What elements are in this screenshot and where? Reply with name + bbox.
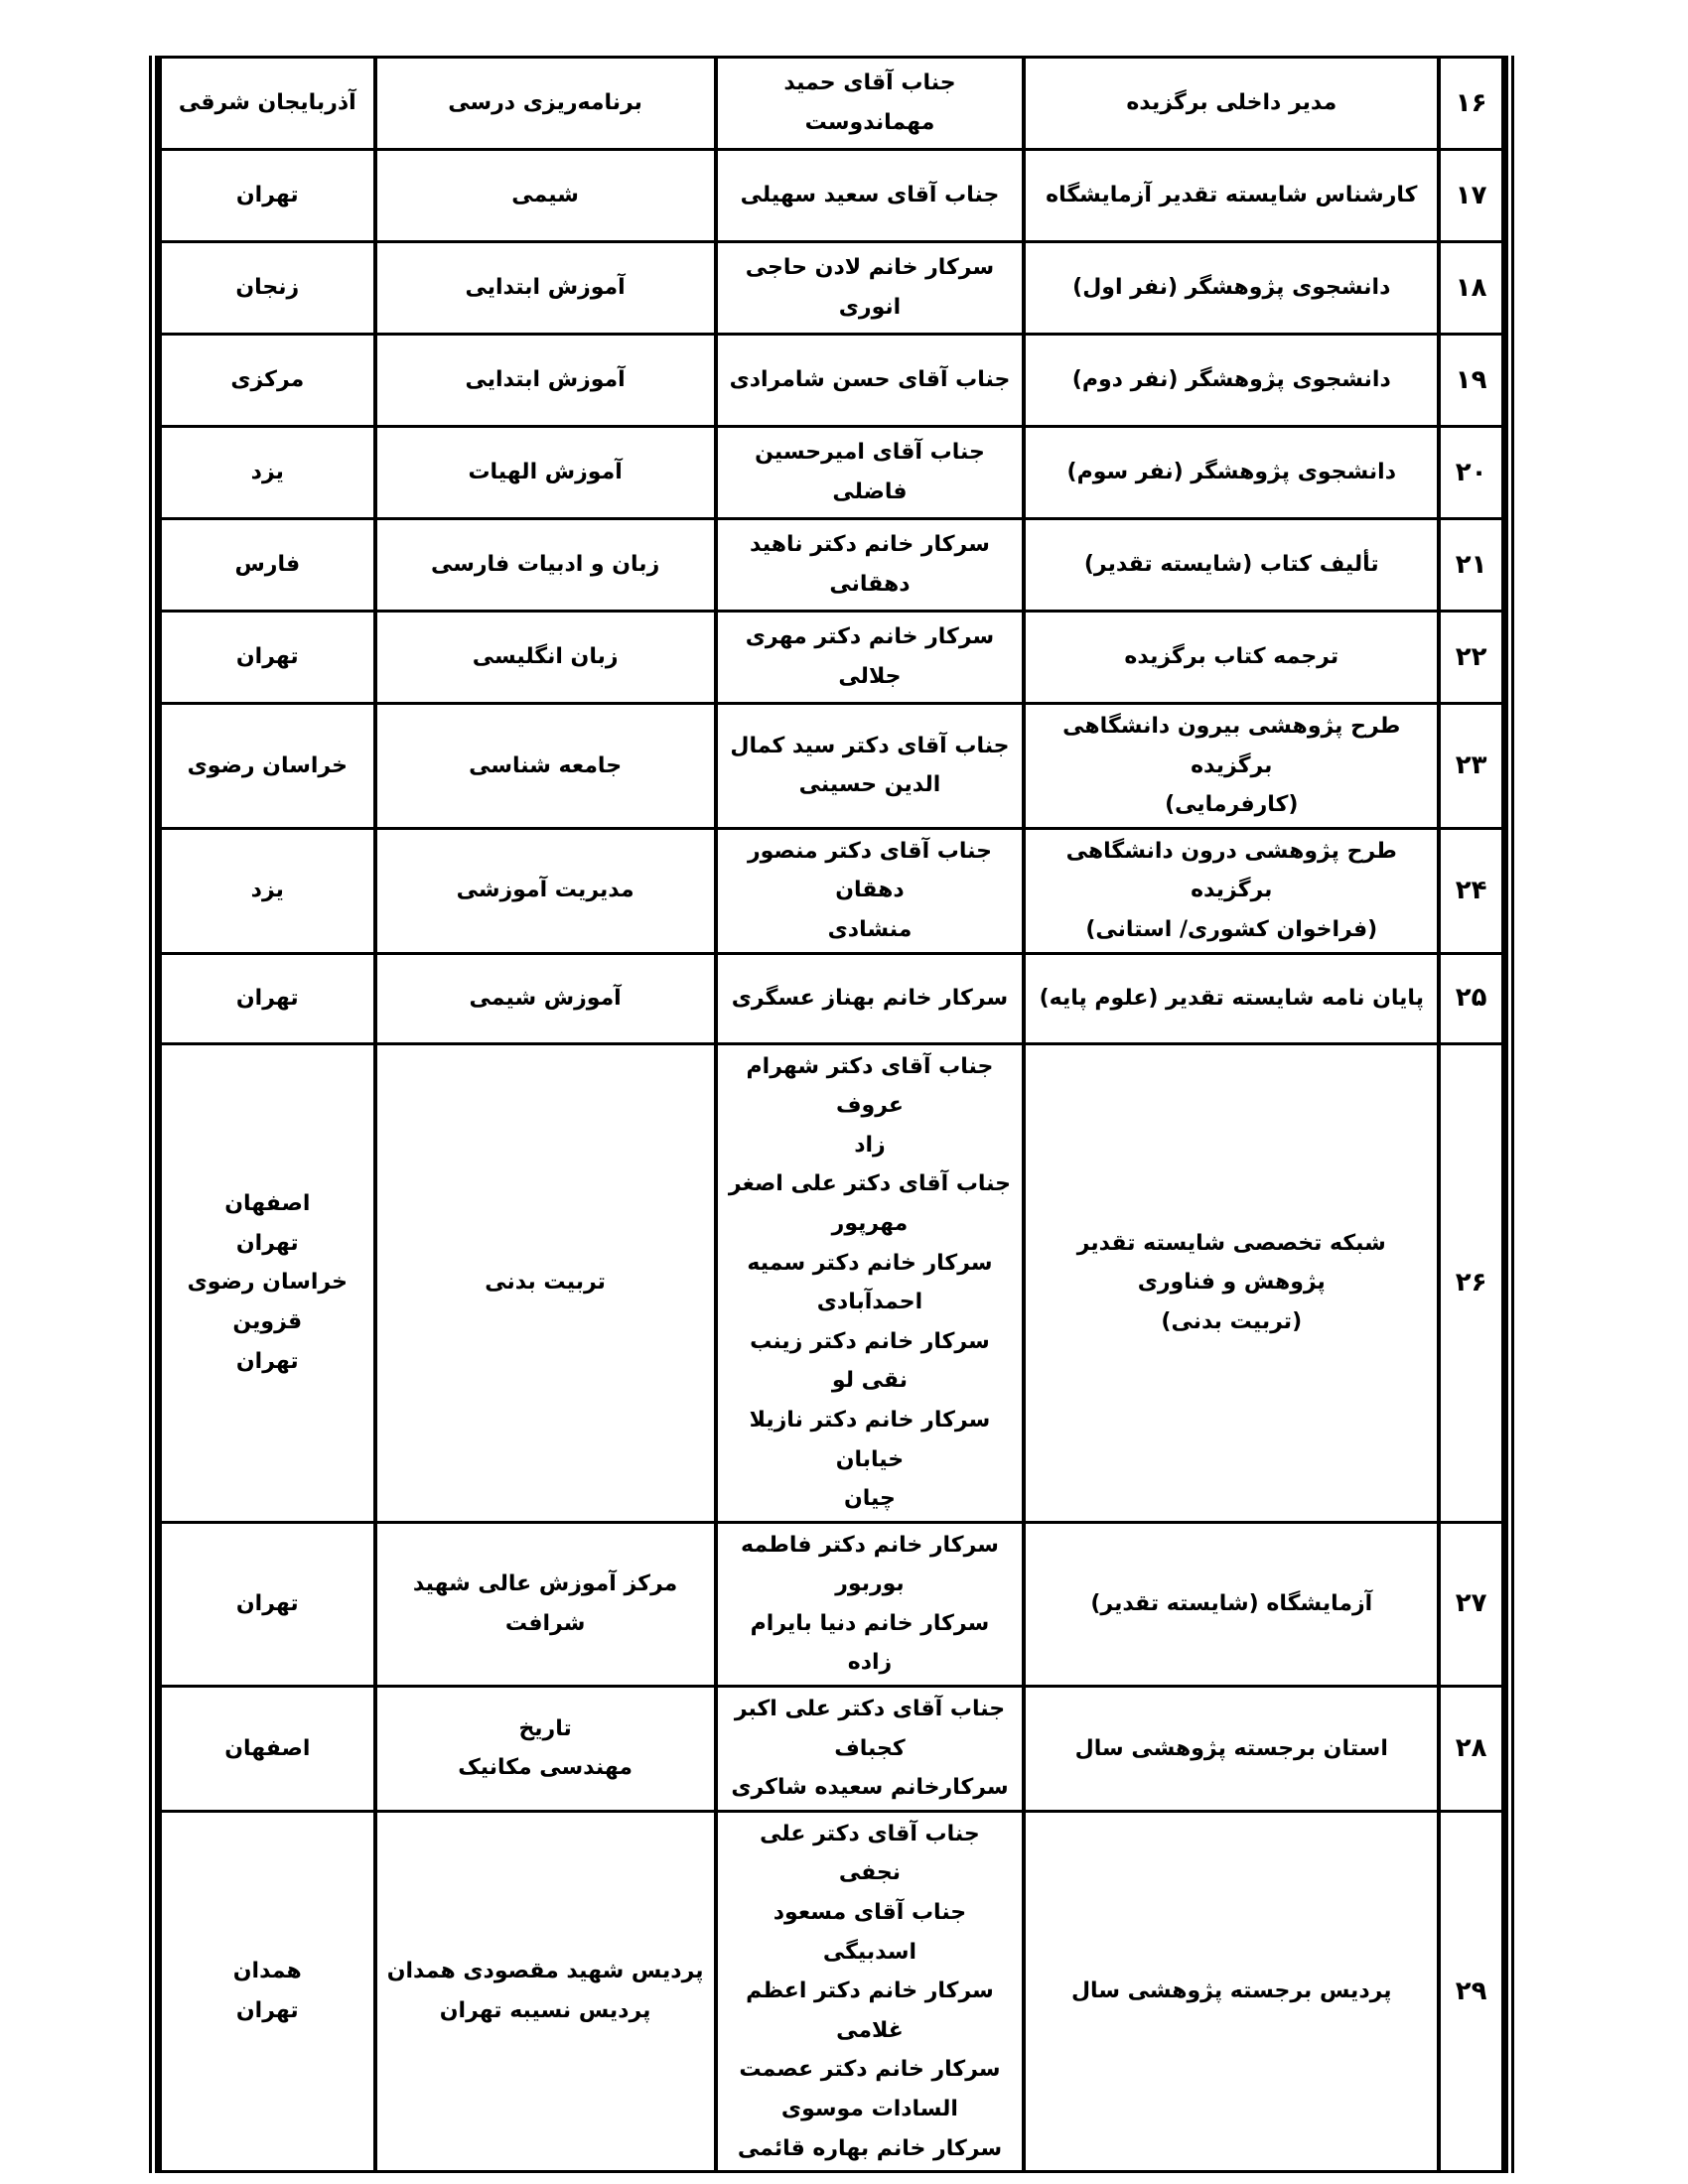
field: برنامه‌ریزی درسی [375, 58, 716, 150]
province: تهران [160, 1522, 375, 1686]
table-row: ۲۷ آزمایشگاه (شایسته تقدیر) سرکار خانم د… [160, 1522, 1503, 1686]
recipient-name: سرکار خانم دکتر مهری جلالی [716, 612, 1025, 704]
recipient-name: جناب آقای حسن شامرادی [716, 335, 1025, 427]
recipient-name: سرکار خانم دکتر فاطمه بوربور سرکار خانم … [716, 1522, 1025, 1686]
award-title: ترجمه کتاب برگزیده [1024, 612, 1439, 704]
award-title: دانشجوی پژوهشگر (نفر دوم) [1024, 335, 1439, 427]
row-number: ۲۱ [1439, 519, 1503, 612]
province: اصفهان [160, 1687, 375, 1812]
row-number: ۱۹ [1439, 335, 1503, 427]
row-number: ۲۵ [1439, 953, 1503, 1043]
table-row: ۲۳ طرح پژوهشی بیرون دانشگاهی برگزیده (کا… [160, 704, 1503, 829]
field: آموزش ابتدایی [375, 335, 716, 427]
award-title: آزمایشگاه (شایسته تقدیر) [1024, 1522, 1439, 1686]
awards-table: ۱۶ مدیر داخلی برگزیده جناب آقای حمید مهم… [158, 56, 1505, 2173]
table-row: ۲۸ استان برجسته پژوهشی سال جناب آقای دکت… [160, 1687, 1503, 1812]
award-title: دانشجوی پژوهشگر (نفر سوم) [1024, 427, 1439, 519]
province: خراسان رضوی [160, 704, 375, 829]
awards-table-wrapper: ۱۶ مدیر داخلی برگزیده جناب آقای حمید مهم… [149, 56, 1514, 2173]
row-number: ۲۷ [1439, 1522, 1503, 1686]
award-title: مدیر داخلی برگزیده [1024, 58, 1439, 150]
row-number: ۲۸ [1439, 1687, 1503, 1812]
row-number: ۲۴ [1439, 828, 1503, 953]
field: زبان و ادبیات فارسی [375, 519, 716, 612]
row-number: ۱۷ [1439, 150, 1503, 242]
table-row: ۲۴ طرح پژوهشی درون دانشگاهی برگزیده (فرا… [160, 828, 1503, 953]
recipient-name: جناب آقای امیرحسین فاضلی [716, 427, 1025, 519]
province: فارس [160, 519, 375, 612]
table-row: ۲۲ ترجمه کتاب برگزیده سرکار خانم دکتر مه… [160, 612, 1503, 704]
province: تهران [160, 953, 375, 1043]
field: جامعه شناسی [375, 704, 716, 829]
recipient-name: جناب آقای دکتر سید کمال الدین حسینی [716, 704, 1025, 829]
award-title: پایان نامه شایسته تقدیر (علوم پایه) [1024, 953, 1439, 1043]
table-row: ۲۹ پردیس برجسته پژوهشی سال جناب آقای دکت… [160, 1811, 1503, 2171]
row-number: ۱۸ [1439, 242, 1503, 335]
award-title: پردیس برجسته پژوهشی سال [1024, 1811, 1439, 2171]
row-number: ۲۳ [1439, 704, 1503, 829]
table-row: ۲۰ دانشجوی پژوهشگر (نفر سوم) جناب آقای ا… [160, 427, 1503, 519]
recipient-name: جناب آقای دکتر شهرام عروف زاد جناب آقای … [716, 1043, 1025, 1522]
award-title: طرح پژوهشی بیرون دانشگاهی برگزیده (کارفر… [1024, 704, 1439, 829]
province: اصفهان تهران خراسان رضوی قزوین تهران [160, 1043, 375, 1522]
province: آذربایجان شرقی [160, 58, 375, 150]
recipient-name: جناب آقای دکتر علی اکبر کجباف سرکارخانم … [716, 1687, 1025, 1812]
province: تهران [160, 150, 375, 242]
row-number: ۲۰ [1439, 427, 1503, 519]
table-row: ۲۵ پایان نامه شایسته تقدیر (علوم پایه) س… [160, 953, 1503, 1043]
field: مرکز آموزش عالی شهید شرافت [375, 1522, 716, 1686]
field: زبان انگلیسی [375, 612, 716, 704]
document-page: ۱۶ مدیر داخلی برگزیده جناب آقای حمید مهم… [0, 0, 1688, 2184]
row-number: ۲۹ [1439, 1811, 1503, 2171]
recipient-name: سرکار خانم بهناز عسگری [716, 953, 1025, 1043]
field: تاریخ مهندسی مکانیک [375, 1687, 716, 1812]
award-title: شبکه تخصصی شایسته تقدیر پژوهش و فناوری (… [1024, 1043, 1439, 1522]
recipient-name: جناب آقای دکتر منصور دهقان منشادی [716, 828, 1025, 953]
award-title: استان برجسته پژوهشی سال [1024, 1687, 1439, 1812]
field: شیمی [375, 150, 716, 242]
province: همدان تهران [160, 1811, 375, 2171]
recipient-name: جناب آقای حمید مهماندوست [716, 58, 1025, 150]
recipient-name: سرکار خانم دکتر ناهید دهقانی [716, 519, 1025, 612]
province: زنجان [160, 242, 375, 335]
province: مرکزی [160, 335, 375, 427]
table-row: ۱۶ مدیر داخلی برگزیده جناب آقای حمید مهم… [160, 58, 1503, 150]
row-number: ۱۶ [1439, 58, 1503, 150]
province: یزد [160, 828, 375, 953]
award-title: طرح پژوهشی درون دانشگاهی برگزیده (فراخوا… [1024, 828, 1439, 953]
field: تربیت بدنی [375, 1043, 716, 1522]
table-row: ۲۶ شبکه تخصصی شایسته تقدیر پژوهش و فناور… [160, 1043, 1503, 1522]
table-row: ۱۷ کارشناس شایسته تقدیر آزمایشگاه جناب آ… [160, 150, 1503, 242]
province: یزد [160, 427, 375, 519]
recipient-name: جناب آقای دکتر علی نجفی جناب آقای مسعود … [716, 1811, 1025, 2171]
field: مدیریت آموزشی [375, 828, 716, 953]
province: تهران [160, 612, 375, 704]
table-row: ۱۸ دانشجوی پژوهشگر (نفر اول) سرکار خانم … [160, 242, 1503, 335]
table-row: ۱۹ دانشجوی پژوهشگر (نفر دوم) جناب آقای ح… [160, 335, 1503, 427]
field: آموزش شیمی [375, 953, 716, 1043]
recipient-name: سرکار خانم لادن حاجی انوری [716, 242, 1025, 335]
field: پردیس شهید مقصودی همدان پردیس نسیبه تهرا… [375, 1811, 716, 2171]
award-title: کارشناس شایسته تقدیر آزمایشگاه [1024, 150, 1439, 242]
award-title: دانشجوی پژوهشگر (نفر اول) [1024, 242, 1439, 335]
field: آموزش الهیات [375, 427, 716, 519]
row-number: ۲۲ [1439, 612, 1503, 704]
award-title: تألیف کتاب (شایسته تقدیر) [1024, 519, 1439, 612]
table-row: ۲۱ تألیف کتاب (شایسته تقدیر) سرکار خانم … [160, 519, 1503, 612]
recipient-name: جناب آقای سعید سهیلی [716, 150, 1025, 242]
row-number: ۲۶ [1439, 1043, 1503, 1522]
field: آموزش ابتدایی [375, 242, 716, 335]
